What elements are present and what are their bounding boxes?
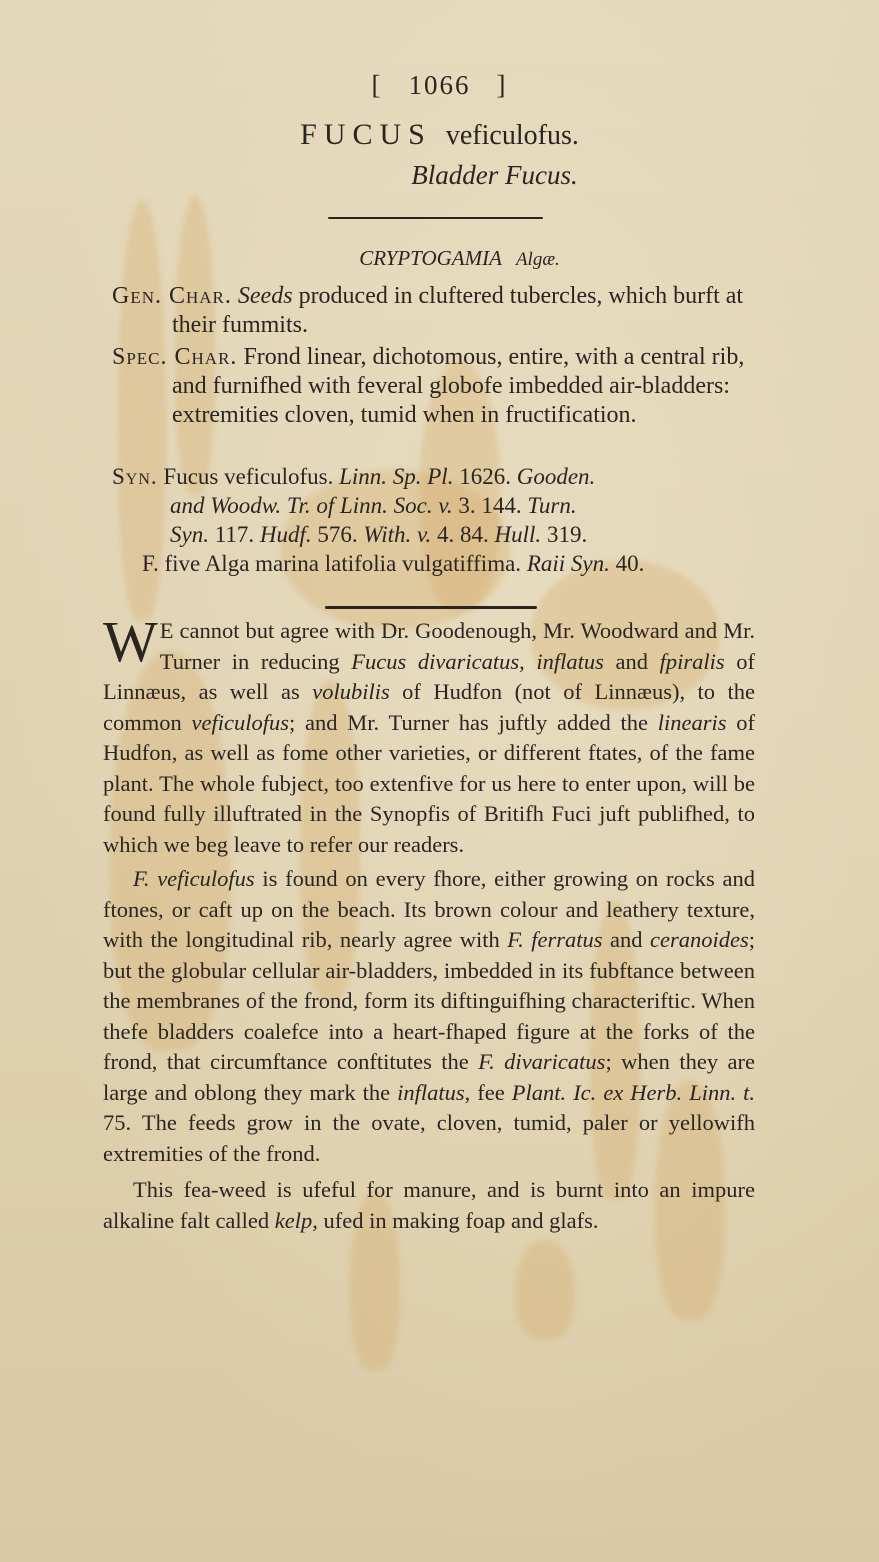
syn-text: 3. 144.: [453, 493, 528, 518]
syn-ref: Hudf.: [260, 522, 312, 547]
text: 75. The feeds grow in the ovate, cloven,…: [103, 1110, 755, 1166]
syn-ref: and Woodw. Tr. of Linn. Soc. v.: [170, 493, 453, 518]
italic-text: F. divaricatus: [478, 1049, 605, 1074]
italic-text: kelp: [275, 1208, 312, 1233]
species-name: veficulofus.: [446, 120, 579, 151]
text: and: [603, 927, 650, 952]
italic-text: volubilis: [312, 679, 390, 704]
paragraph: WE cannot but agree with Dr. Goodenough,…: [103, 616, 755, 860]
syn-text: 117.: [209, 522, 260, 547]
syn-text: 4. 84.: [431, 522, 494, 547]
drop-cap: W: [103, 620, 158, 664]
syn-text: Fucus veficulofus.: [158, 464, 339, 489]
synonyms: Syn. Fucus veficulofus. Linn. Sp. Pl. 16…: [112, 462, 772, 578]
syn-ref: Linn. Sp. Pl.: [339, 464, 453, 489]
syn-text: 576.: [312, 522, 364, 547]
bracket-left: [: [372, 70, 383, 100]
genus-name: FUCUS: [300, 118, 432, 151]
classification: CRYPTOGAMIAAlgæ.: [20, 246, 879, 271]
italic-text: veficulofus: [192, 710, 289, 735]
text: and: [604, 649, 660, 674]
syn-ref: Syn.: [170, 522, 209, 547]
italic-text: ceranoides: [650, 927, 749, 952]
italic-text: linearis: [658, 710, 727, 735]
syn-text: F. five Alga marina latifolia vulgatiffi…: [142, 551, 527, 576]
synonym-line: Syn. 117. Hudf. 576. With. v. 4. 84. Hul…: [112, 520, 772, 549]
syn-ref: Gooden.: [517, 464, 596, 489]
syn-ref: Hull.: [495, 522, 542, 547]
text: , ufed in making foap and glafs.: [312, 1208, 598, 1233]
spec-char-text: Frond linear, dichotomous, entire, with …: [172, 344, 744, 428]
divider: [328, 217, 543, 219]
spec-char-label: Spec. Char.: [112, 344, 237, 370]
paragraph: F. veficulofus is found on every fhore, …: [103, 864, 755, 1169]
syn-label: Syn.: [112, 464, 158, 489]
synonym-line: F. five Alga marina latifolia vulgatiffi…: [112, 549, 772, 578]
specific-character: Spec. Char. Frond linear, dichotomous, e…: [112, 343, 772, 430]
book-page: [1066] FUCUSveficulofus. Bladder Fucus. …: [0, 0, 879, 1562]
italic-text: fpiralis: [660, 649, 725, 674]
species-title: FUCUSveficulofus.: [0, 118, 879, 152]
italic-text: Fucus divaricatus, inflatus: [351, 649, 604, 674]
syn-text: 319.: [541, 522, 587, 547]
page-number: [1066]: [0, 70, 879, 101]
text: , fee: [465, 1080, 512, 1105]
syn-text: 40.: [610, 551, 645, 576]
syn-ref: With. v.: [363, 522, 431, 547]
page-number-value: 1066: [409, 70, 471, 100]
italic-text: Plant. Ic. ex Herb. Linn. t.: [512, 1080, 755, 1105]
common-name: Bladder Fucus.: [55, 160, 879, 191]
italic-text: inflatus: [397, 1080, 465, 1105]
class-name: CRYPTOGAMIA: [359, 246, 502, 270]
generic-character: Gen. Char. Seeds produced in cluftered t…: [112, 282, 772, 340]
divider: [325, 606, 537, 609]
gen-char-label: Gen. Char.: [112, 283, 232, 309]
order-name: Algæ.: [516, 249, 560, 270]
syn-ref: Raii Syn.: [527, 551, 610, 576]
italic-text: F. ferratus: [507, 927, 602, 952]
syn-text: 1626.: [453, 464, 516, 489]
bracket-right: ]: [497, 70, 508, 100]
syn-ref: Turn.: [527, 493, 576, 518]
paragraph: This fea-weed is ufeful for manure, and …: [103, 1175, 755, 1236]
gen-char-italic: Seeds: [238, 283, 293, 309]
body-text: WE cannot but agree with Dr. Goodenough,…: [103, 616, 755, 1236]
synonym-line: Syn. Fucus veficulofus. Linn. Sp. Pl. 16…: [112, 462, 772, 491]
italic-text: F. veficulofus: [133, 866, 255, 891]
synonym-line: and Woodw. Tr. of Linn. Soc. v. 3. 144. …: [112, 491, 772, 520]
text: ; and Mr. Turner has juftly added the: [289, 710, 658, 735]
